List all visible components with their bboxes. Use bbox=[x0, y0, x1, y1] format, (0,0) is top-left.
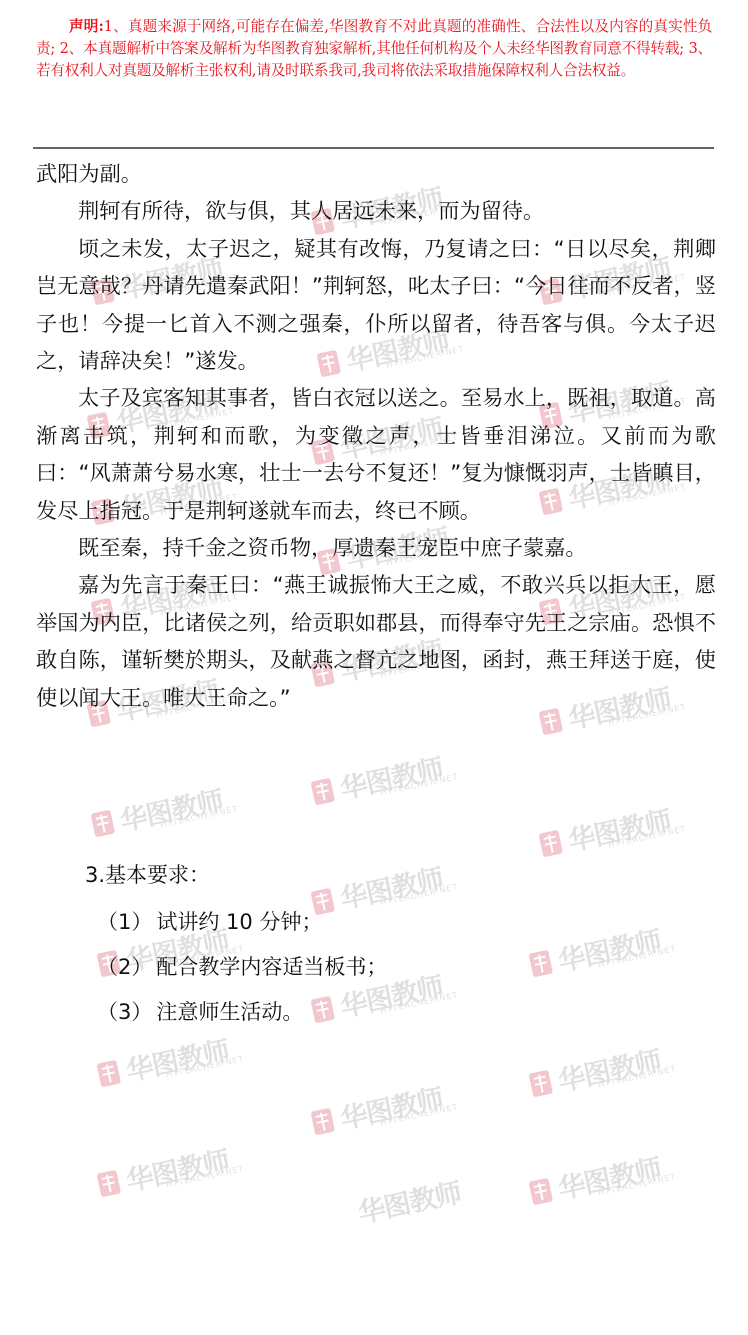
watermark: 华图教师 bbox=[327, 1167, 483, 1243]
passage-paragraph: 嘉为先言于秦王曰：“燕王诚振怖大王之威，不敢兴兵以拒大王，愿举国为内臣，比诸侯之… bbox=[36, 566, 716, 716]
passage-paragraph: 武阳为副。 bbox=[36, 155, 716, 192]
watermark-logo-icon bbox=[91, 810, 116, 838]
watermark: 华图教师 HTTEACHER.NET bbox=[89, 775, 245, 851]
watermark-site: HTTEACHER.NET bbox=[165, 1164, 245, 1189]
watermark-site: HTTEACHER.NET bbox=[379, 1102, 459, 1127]
watermark-brand: 华图教师 bbox=[564, 799, 674, 859]
watermark-brand: 华图教师 bbox=[554, 1039, 664, 1099]
passage-paragraph: 既至秦，持千金之资币物，厚遗秦王宠臣中庶子蒙嘉。 bbox=[36, 529, 716, 566]
watermark: 华图教师 HTTEACHER.NET bbox=[95, 1025, 251, 1101]
watermark-brand: 华图教师 bbox=[336, 747, 446, 807]
requirement-text: 注意师生活动。 bbox=[156, 1000, 303, 1024]
watermark-logo-icon bbox=[529, 1178, 554, 1206]
requirements-title: 3.基本要求： bbox=[85, 859, 210, 889]
watermark-logo-icon bbox=[529, 1070, 554, 1098]
requirements-list: （1）试讲约 10 分钟； （2）配合教学内容适当板书； （3）注意师生活动。 bbox=[97, 900, 387, 1035]
requirement-item: （2）配合教学内容适当板书； bbox=[97, 945, 387, 990]
watermark-logo-icon bbox=[529, 950, 554, 978]
watermark-site: HTTEACHER.NET bbox=[607, 824, 687, 849]
watermark-logo-icon bbox=[97, 1170, 122, 1198]
passage-paragraph: 荆轲有所待，欲与俱，其人居远未来，而为留待。 bbox=[36, 192, 716, 229]
passage: 武阳为副。 荆轲有所待，欲与俱，其人居远未来，而为留待。 顷之未发，太子迟之，疑… bbox=[36, 155, 716, 716]
watermark: 华图教师 HTTEACHER.NET bbox=[527, 915, 683, 991]
passage-paragraph: 顷之未发，太子迟之，疑其有改悔，乃复请之曰：“日以尽矣，荆卿岂无意哉？丹请先遣秦… bbox=[36, 230, 716, 380]
watermark: 华图教师 HTTEACHER.NET bbox=[309, 743, 465, 819]
disclaimer-lead: 声明: bbox=[69, 18, 104, 35]
watermark-brand: 华图教师 bbox=[554, 1147, 664, 1207]
watermark: 华图教师 HTTEACHER.NET bbox=[527, 1143, 683, 1219]
watermark: 华图教师 HTTEACHER.NET bbox=[527, 1035, 683, 1111]
header-separator bbox=[33, 147, 714, 149]
disclaimer: 声明:1、真题来源于网络,可能存在偏差,华图教育不对此真题的准确性、合法性以及内… bbox=[36, 16, 712, 82]
disclaimer-text: 1、真题来源于网络,可能存在偏差,华图教育不对此真题的准确性、合法性以及内容的真… bbox=[36, 18, 712, 79]
watermark: 华图教师 HTTEACHER.NET bbox=[309, 1073, 465, 1149]
watermark-site: HTTEACHER.NET bbox=[597, 1064, 677, 1089]
watermark-brand: 华图教师 bbox=[122, 1029, 232, 1089]
watermark-brand: 华图教师 bbox=[354, 1171, 464, 1231]
requirement-number: （3） bbox=[97, 1000, 152, 1024]
watermark-logo-icon bbox=[311, 778, 336, 806]
requirement-text: 配合教学内容适当板书； bbox=[156, 955, 387, 979]
watermark-logo-icon bbox=[539, 830, 564, 858]
watermark-brand: 华图教师 bbox=[122, 1139, 232, 1199]
requirement-text: 试讲约 10 分钟； bbox=[156, 910, 322, 934]
watermark-brand: 华图教师 bbox=[336, 1077, 446, 1137]
watermark-brand: 华图教师 bbox=[554, 919, 664, 979]
watermark-logo-icon bbox=[97, 1060, 122, 1088]
requirement-item: （1）试讲约 10 分钟； bbox=[97, 900, 387, 945]
watermark-site: HTTEACHER.NET bbox=[379, 882, 459, 907]
requirement-number: （2） bbox=[97, 955, 152, 979]
watermark: 华图教师 HTTEACHER.NET bbox=[95, 1135, 251, 1211]
watermark-site: HTTEACHER.NET bbox=[165, 1054, 245, 1079]
watermark-brand: 华图教师 bbox=[116, 779, 226, 839]
watermark-site: HTTEACHER.NET bbox=[379, 772, 459, 797]
passage-paragraph: 太子及宾客知其事者，皆白衣冠以送之。至易水上，既祖，取道。高渐离击筑，荆轲和而歌… bbox=[36, 379, 716, 529]
requirement-item: （3）注意师生活动。 bbox=[97, 990, 387, 1035]
requirement-number: （1） bbox=[97, 910, 152, 934]
watermark-site: HTTEACHER.NET bbox=[159, 804, 239, 829]
watermark-logo-icon bbox=[311, 1108, 336, 1136]
watermark: 华图教师 HTTEACHER.NET bbox=[537, 795, 693, 871]
watermark-site: HTTEACHER.NET bbox=[597, 944, 677, 969]
watermark-site: HTTEACHER.NET bbox=[597, 1172, 677, 1197]
watermark-site: HTTEACHER.NET bbox=[379, 990, 459, 1015]
